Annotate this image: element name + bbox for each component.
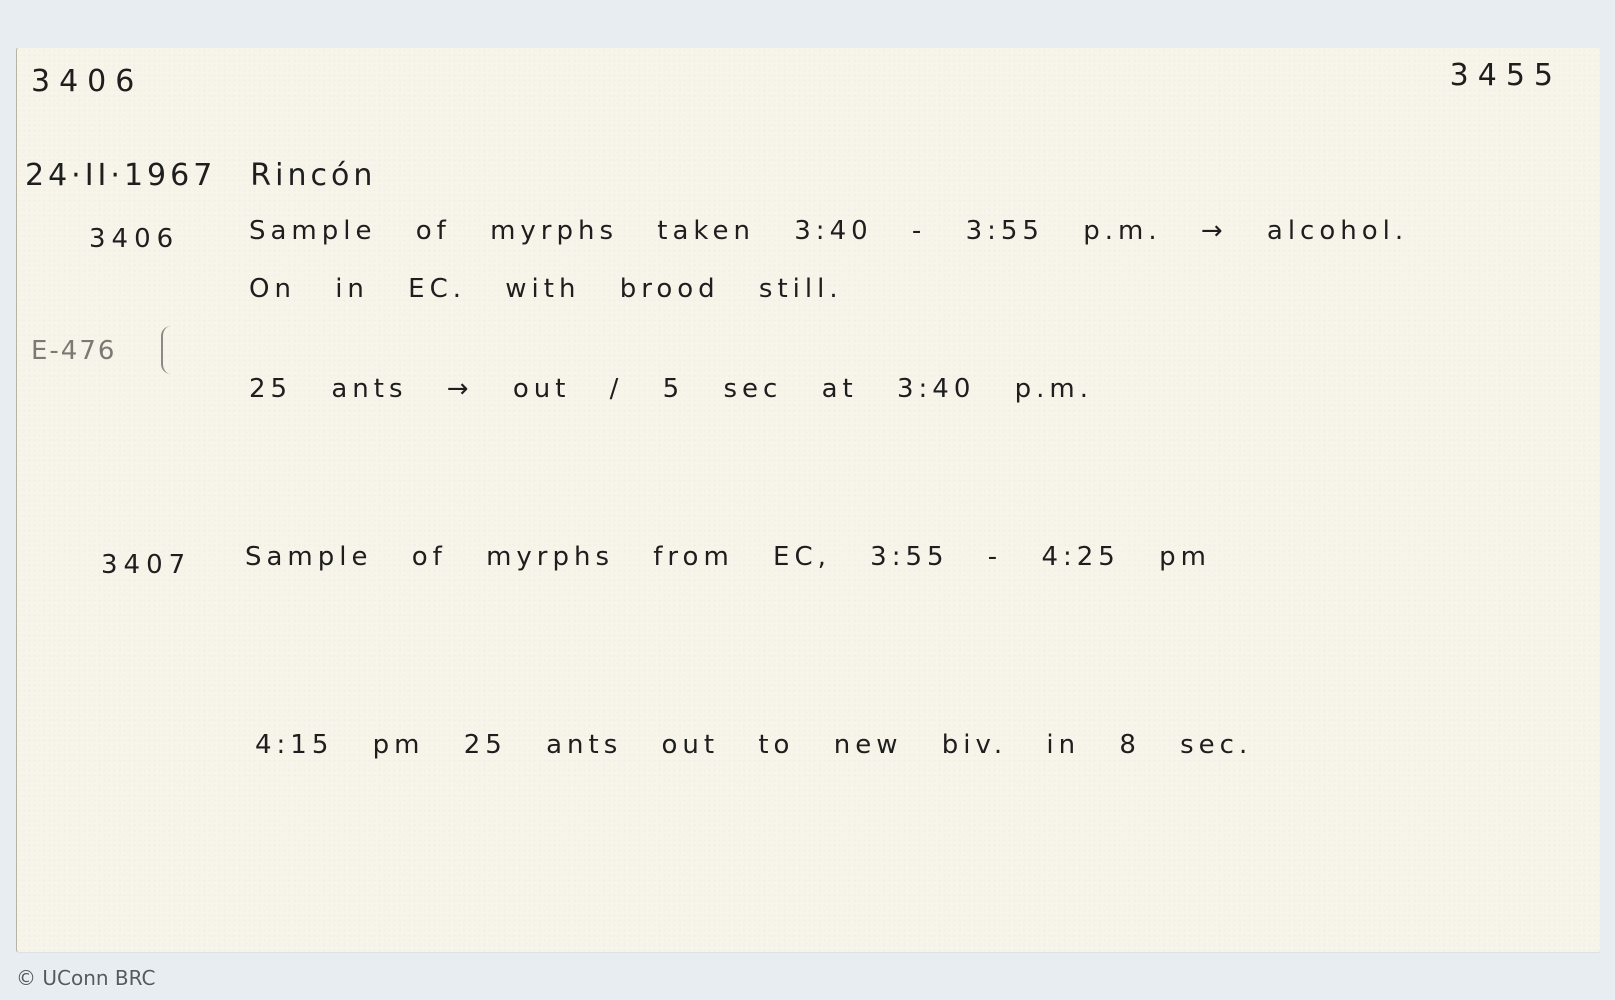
date-location-line: 24·II·1967Rincón (25, 158, 376, 193)
brace-mark-icon (161, 326, 173, 374)
copyright-notice: © UConn BRC (16, 966, 156, 990)
card-number-right: 3455 (1450, 58, 1562, 93)
entry-number: 3406 (89, 224, 179, 254)
index-card: 3406 3455 24·II·1967Rincón 3406 Sample o… (17, 48, 1600, 952)
entry-line: Sample of myrphs from EC, 3:55 - 4:25 pm (245, 542, 1211, 572)
card-number-left: 3406 (31, 64, 143, 99)
margin-pencil-note: E-476 (31, 336, 116, 366)
entry-line: Sample of myrphs taken 3:40 - 3:55 p.m. … (249, 216, 1408, 246)
entry-line: 25 ants → out / 5 sec at 3:40 p.m. (249, 374, 1093, 404)
entry-number: 3407 (101, 550, 191, 580)
date: 24·II·1967 (25, 158, 216, 193)
entry-line: On in EC. with brood still. (249, 274, 843, 304)
entry-line: 4:15 pm 25 ants out to new biv. in 8 sec… (255, 730, 1252, 760)
location: Rincón (250, 158, 376, 193)
